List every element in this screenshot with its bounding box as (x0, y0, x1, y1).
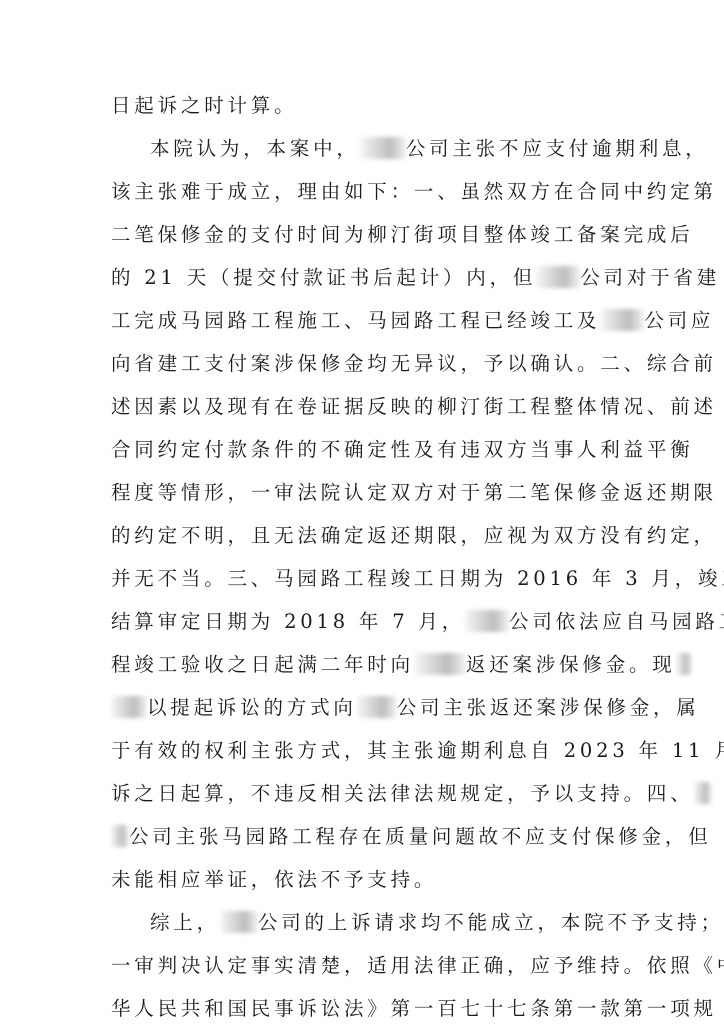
text: 公司主张不应支付逾期利息， (406, 137, 709, 160)
text: 未能相应举证，依法不予支持。 (111, 868, 437, 891)
text: 并无不当。三、马园路工程竣工日期为 2016 年 3 月，竣工 (111, 567, 724, 590)
text-line: 日起诉之时计算。 (111, 91, 631, 121)
text: 向省建工支付案涉保修金均无异议，予以确认。二、综合前 (111, 352, 717, 375)
text: 公司主张返还案涉保修金，属 (397, 696, 700, 719)
text: 公司依法应自马园路工 (509, 610, 724, 633)
text: 的约定不明，且无法确定返还期限，应视为双方没有约定， (111, 524, 717, 547)
text-line: 程竣工验收之日起满二年时向返还案涉保修金。现 (111, 650, 631, 680)
text: 二笔保修金的支付时间为柳汀街项目整体竣工备案完成后 (111, 223, 694, 246)
text: 返还案涉保修金。现 (466, 653, 676, 676)
paragraph-start-line: 本院认为，本案中，公司主张不应支付逾期利息， (150, 134, 630, 164)
text: 日起诉之时计算。 (111, 94, 297, 117)
redacted-name (694, 782, 712, 804)
text-line: 一审判决认定事实清楚，适用法律正确，应予维持。依照《中 (111, 951, 631, 981)
paragraph-start-line: 综上，公司的上诉请求均不能成立，本院不予支持； (150, 908, 630, 938)
redacted-name (357, 696, 397, 718)
redacted-name (111, 825, 129, 847)
text-line: 并无不当。三、马园路工程竣工日期为 2016 年 3 月，竣工 (111, 564, 631, 594)
text: 公司的上诉请求均不能成立，本院不予支持； (258, 911, 724, 934)
text: 本院认为，本案中， (150, 137, 360, 160)
text-line: 程度等情形，一审法院认定双方对于第二笔保修金返还期限 (111, 478, 631, 508)
redacted-name (600, 309, 644, 331)
text-line: 公司主张马园路工程存在质量问题故不应支付保修金，但 (111, 822, 631, 852)
text: 诉之日起算，不违反相关法律法规规定，予以支持。四、 (111, 782, 694, 805)
text-line: 以提起诉讼的方式向公司主张返还案涉保修金，属 (111, 693, 631, 723)
text: 华人民共和国民事诉讼法》第一百七十七条第一款第一项规 (111, 997, 717, 1020)
text-line: 工完成马园路工程施工、马园路工程已经竣工及公司应 (111, 306, 631, 336)
redacted-name (414, 653, 466, 675)
text-line: 结算审定日期为 2018 年 7 月，公司依法应自马园路工 (111, 607, 631, 637)
text: 结算审定日期为 2018 年 7 月， (111, 610, 465, 633)
text: 述因素以及现有在卷证据反映的柳汀街工程整体情况、前述 (111, 395, 717, 418)
text: 综上， (150, 911, 220, 934)
text-line: 的 21 天（提交付款证书后起计）内，但公司对于省建 (111, 263, 631, 293)
text: 合同约定付款条件的不确定性及有违双方当事人利益平衡 (111, 438, 694, 461)
text-line: 的约定不明，且无法确定返还期限，应视为双方没有约定， (111, 521, 631, 551)
text-line: 向省建工支付案涉保修金均无异议，予以确认。二、综合前 (111, 349, 631, 379)
text: 以提起诉讼的方式向 (147, 696, 357, 719)
redacted-name (676, 653, 692, 675)
text: 工完成马园路工程施工、马园路工程已经竣工及 (111, 309, 600, 332)
text-line: 华人民共和国民事诉讼法》第一百七十七条第一款第一项规 (111, 994, 631, 1024)
text-line: 述因素以及现有在卷证据反映的柳汀街工程整体情况、前述 (111, 392, 631, 422)
text-line: 合同约定付款条件的不确定性及有违双方当事人利益平衡 (111, 435, 631, 465)
redacted-name (220, 911, 258, 933)
text: 公司应 (644, 309, 714, 332)
redacted-name (465, 610, 509, 632)
text: 的 21 天（提交付款证书后起计）内，但 (111, 266, 536, 289)
text-line: 于有效的权利主张方式，其主张逾期利息自 2023 年 11 月起 (111, 736, 631, 766)
text: 一审判决认定事实清楚，适用法律正确，应予维持。依照《中 (111, 954, 724, 977)
redacted-name (111, 696, 147, 718)
text-line: 二笔保修金的支付时间为柳汀街项目整体竣工备案完成后 (111, 220, 631, 250)
text-line: 未能相应举证，依法不予支持。 (111, 865, 631, 895)
text-line: 诉之日起算，不违反相关法律法规规定，予以支持。四、 (111, 779, 631, 809)
text: 于有效的权利主张方式，其主张逾期利息自 2023 年 11 月起 (111, 739, 724, 762)
text-line: 该主张难于成立，理由如下：一、虽然双方在合同中约定第 (111, 177, 631, 207)
text: 公司对于省建 (580, 266, 720, 289)
text: 程度等情形，一审法院认定双方对于第二笔保修金返还期限 (111, 481, 717, 504)
text: 该主张难于成立，理由如下：一、虽然双方在合同中约定第 (111, 180, 717, 203)
redacted-name (360, 137, 406, 159)
text: 公司主张马园路工程存在质量问题故不应支付保修金，但 (129, 825, 712, 848)
text: 程竣工验收之日起满二年时向 (111, 653, 414, 676)
redacted-name (536, 266, 580, 288)
document-page: 日起诉之时计算。 本院认为，本案中，公司主张不应支付逾期利息， 该主张难于成立，… (0, 0, 724, 1024)
